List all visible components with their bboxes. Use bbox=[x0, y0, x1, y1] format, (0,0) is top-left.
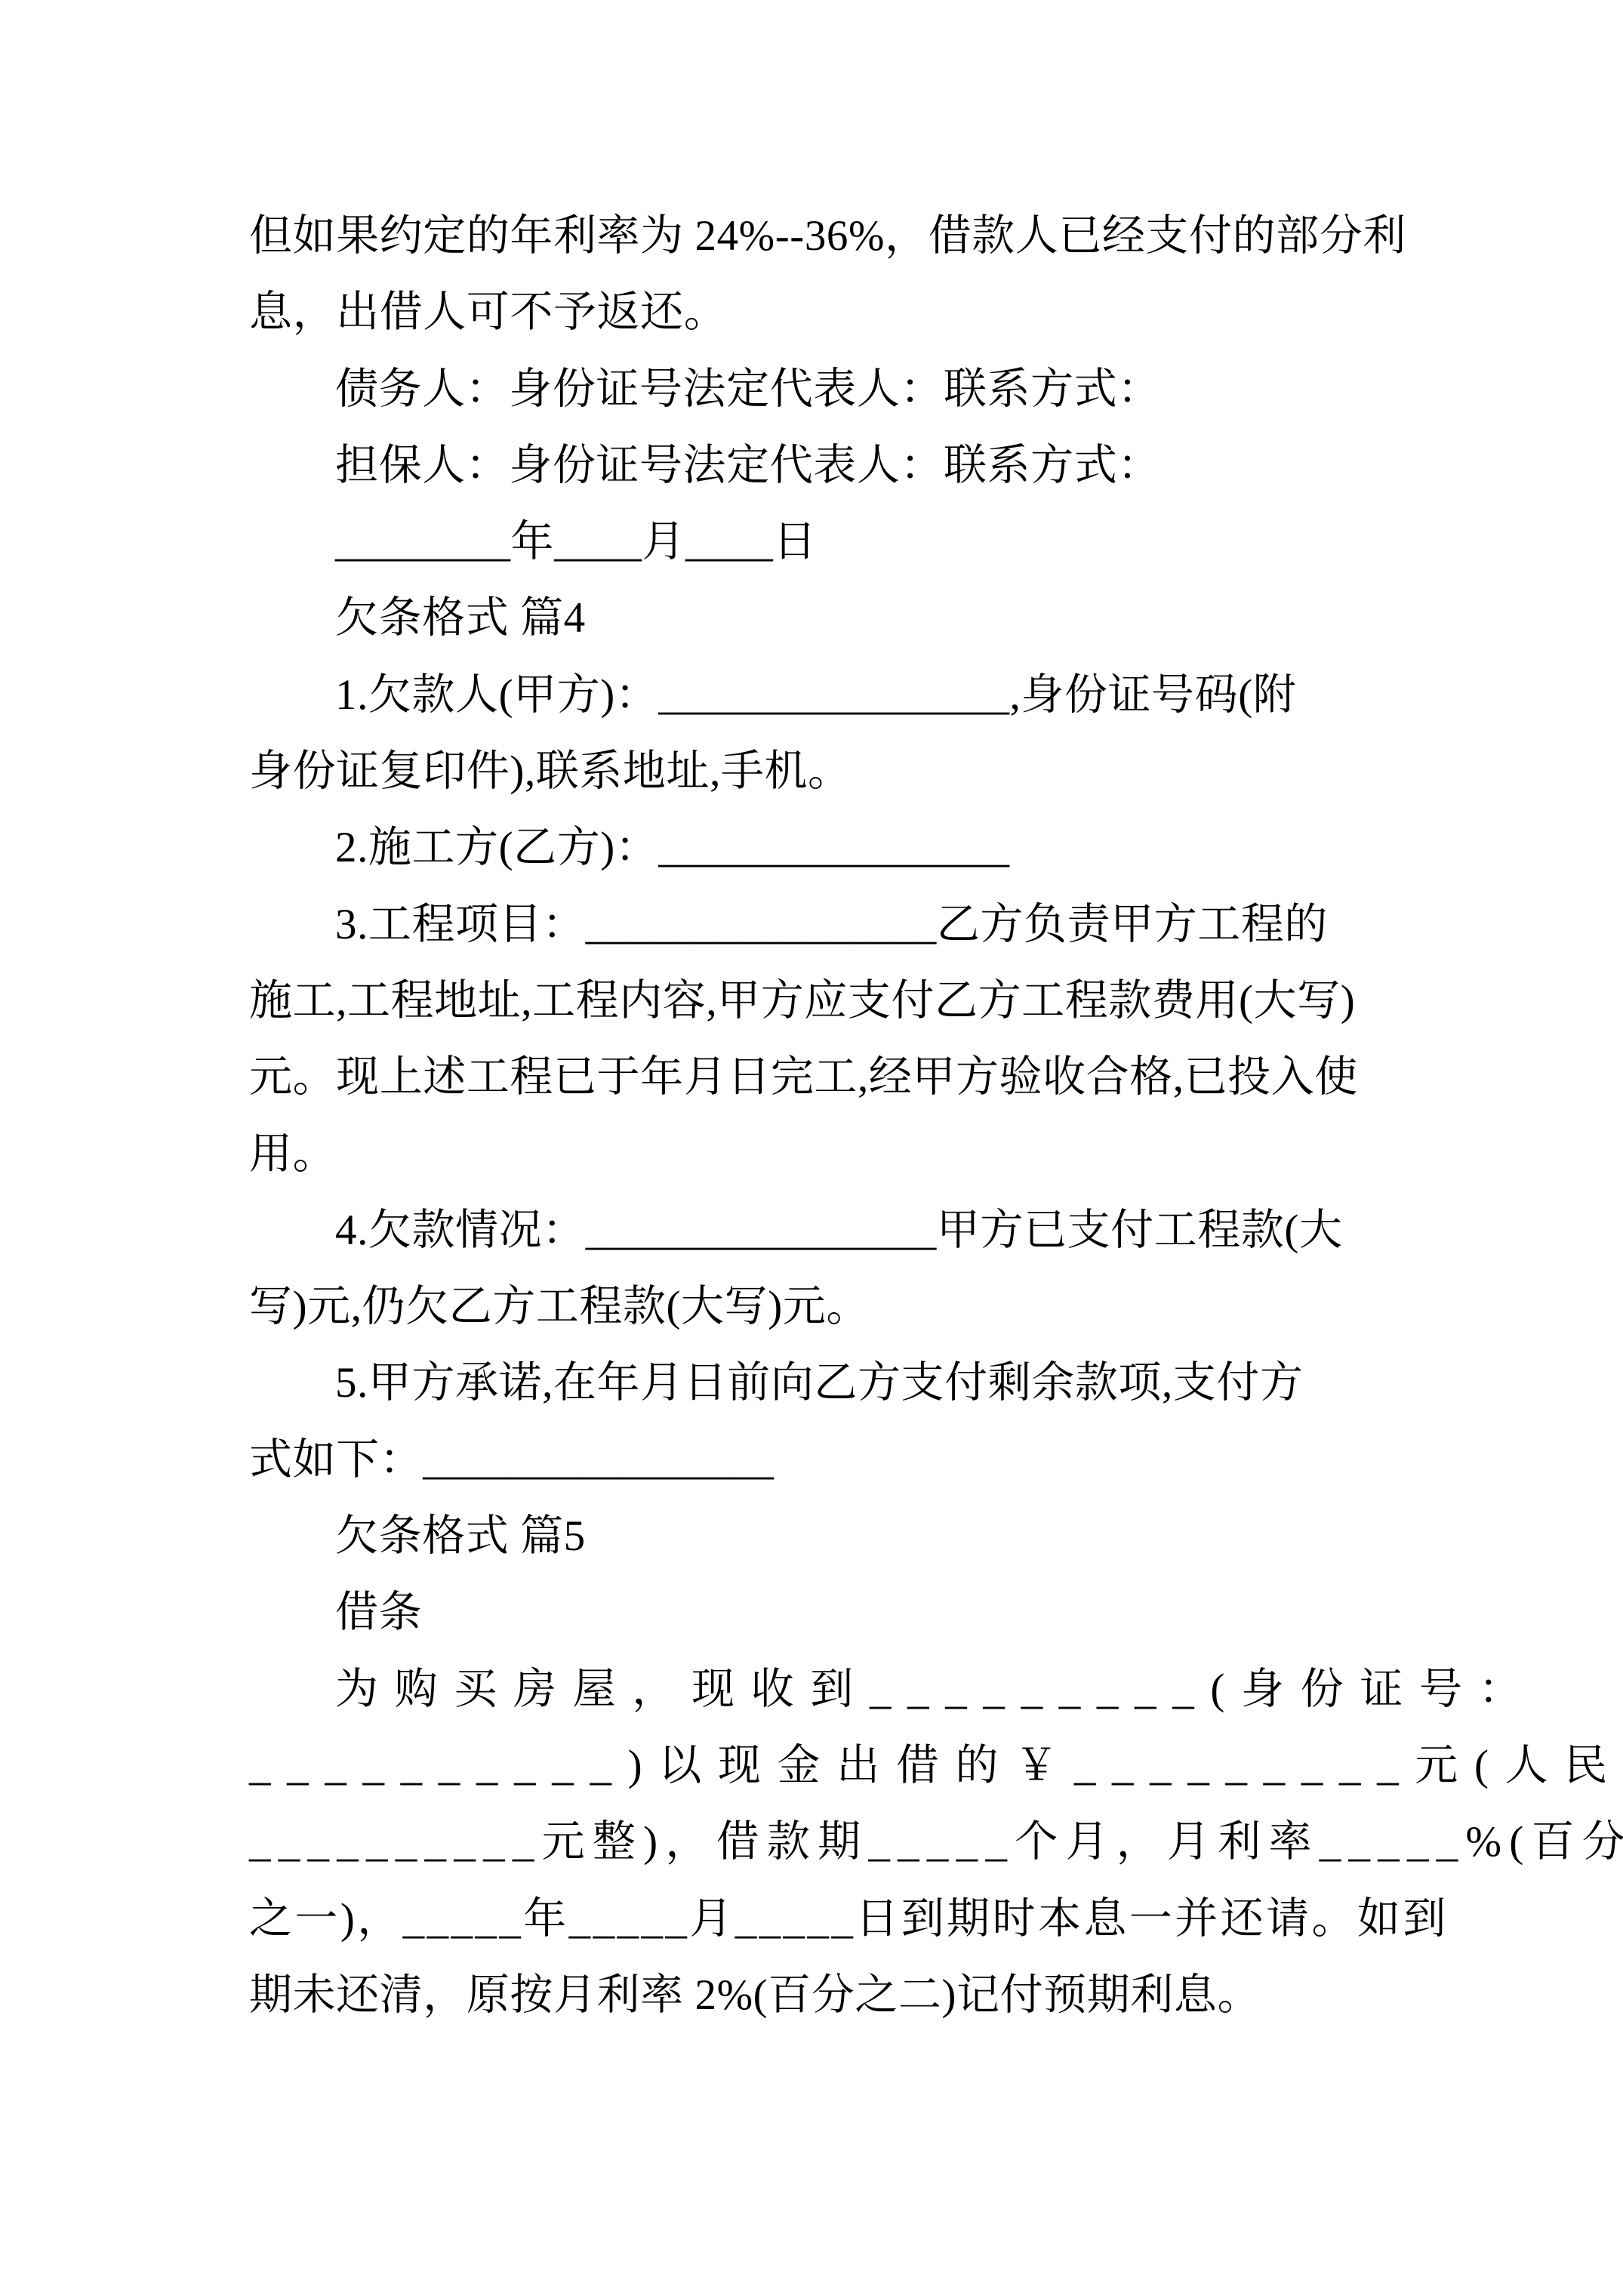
text-line: 5.甲方承诺,在年月日前向乙方支付剩余款项,支付方 bbox=[249, 1345, 1430, 1421]
text-line: 欠条格式 篇5 bbox=[249, 1498, 1430, 1574]
text-line: 借条 bbox=[249, 1574, 1430, 1650]
text-line: 债务人：身份证号法定代表人：联系方式： bbox=[249, 351, 1430, 427]
text-line: 欠条格式 篇4 bbox=[249, 580, 1430, 656]
text-line: 2.施工方(乙方)：________________ bbox=[249, 809, 1430, 886]
text-line: 为购买房屋，现收到_________(身份证号： bbox=[249, 1651, 1430, 1727]
text-line: 3.工程项目：________________乙方负责甲方工程的 bbox=[249, 886, 1430, 963]
text-line: 4.欠款情况：________________甲方已支付工程款(大 bbox=[249, 1192, 1430, 1268]
text-line: 但如果约定的年利率为 24%--36%，借款人已经支付的部分利 bbox=[249, 198, 1430, 274]
document-page: 但如果约定的年利率为 24%--36%，借款人已经支付的部分利息，出借人可不予返… bbox=[0, 0, 1623, 2296]
text-line: 式如下：________________ bbox=[249, 1422, 1430, 1498]
text-line: 之一)，_____年_____月_____日到期时本息一并还请。如到 bbox=[249, 1881, 1430, 1957]
text-line: 写)元,仍欠乙方工程款(大写)元。 bbox=[249, 1268, 1430, 1345]
text-line: 元。现上述工程已于年月日完工,经甲方验收合格,已投入使 bbox=[249, 1039, 1430, 1115]
text-line: 1.欠款人(甲方)：________________,身份证号码(附 bbox=[249, 657, 1430, 733]
text-line: 息，出借人可不予返还。 bbox=[249, 274, 1430, 350]
text-line: 身份证复印件),联系地址,手机。 bbox=[249, 733, 1430, 809]
text-line: __________)以现金出借的￥_________元(人民币 bbox=[249, 1727, 1430, 1804]
text-line: 用。 bbox=[249, 1116, 1430, 1192]
document-content: 但如果约定的年利率为 24%--36%，借款人已经支付的部分利息，出借人可不予返… bbox=[249, 198, 1430, 2033]
text-line: 期未还清，原按月利率 2%(百分之二)记付预期利息。 bbox=[249, 1957, 1430, 2033]
text-line: ________年____月____日 bbox=[249, 504, 1430, 580]
text-line: 施工,工程地址,工程内容,甲方应支付乙方工程款费用(大写) bbox=[249, 963, 1430, 1039]
text-line: 担保人：身份证号法定代表人：联系方式： bbox=[249, 427, 1430, 504]
text-line: __________元整)，借款期_____个月，月利率_____%(百分 bbox=[249, 1804, 1430, 1880]
